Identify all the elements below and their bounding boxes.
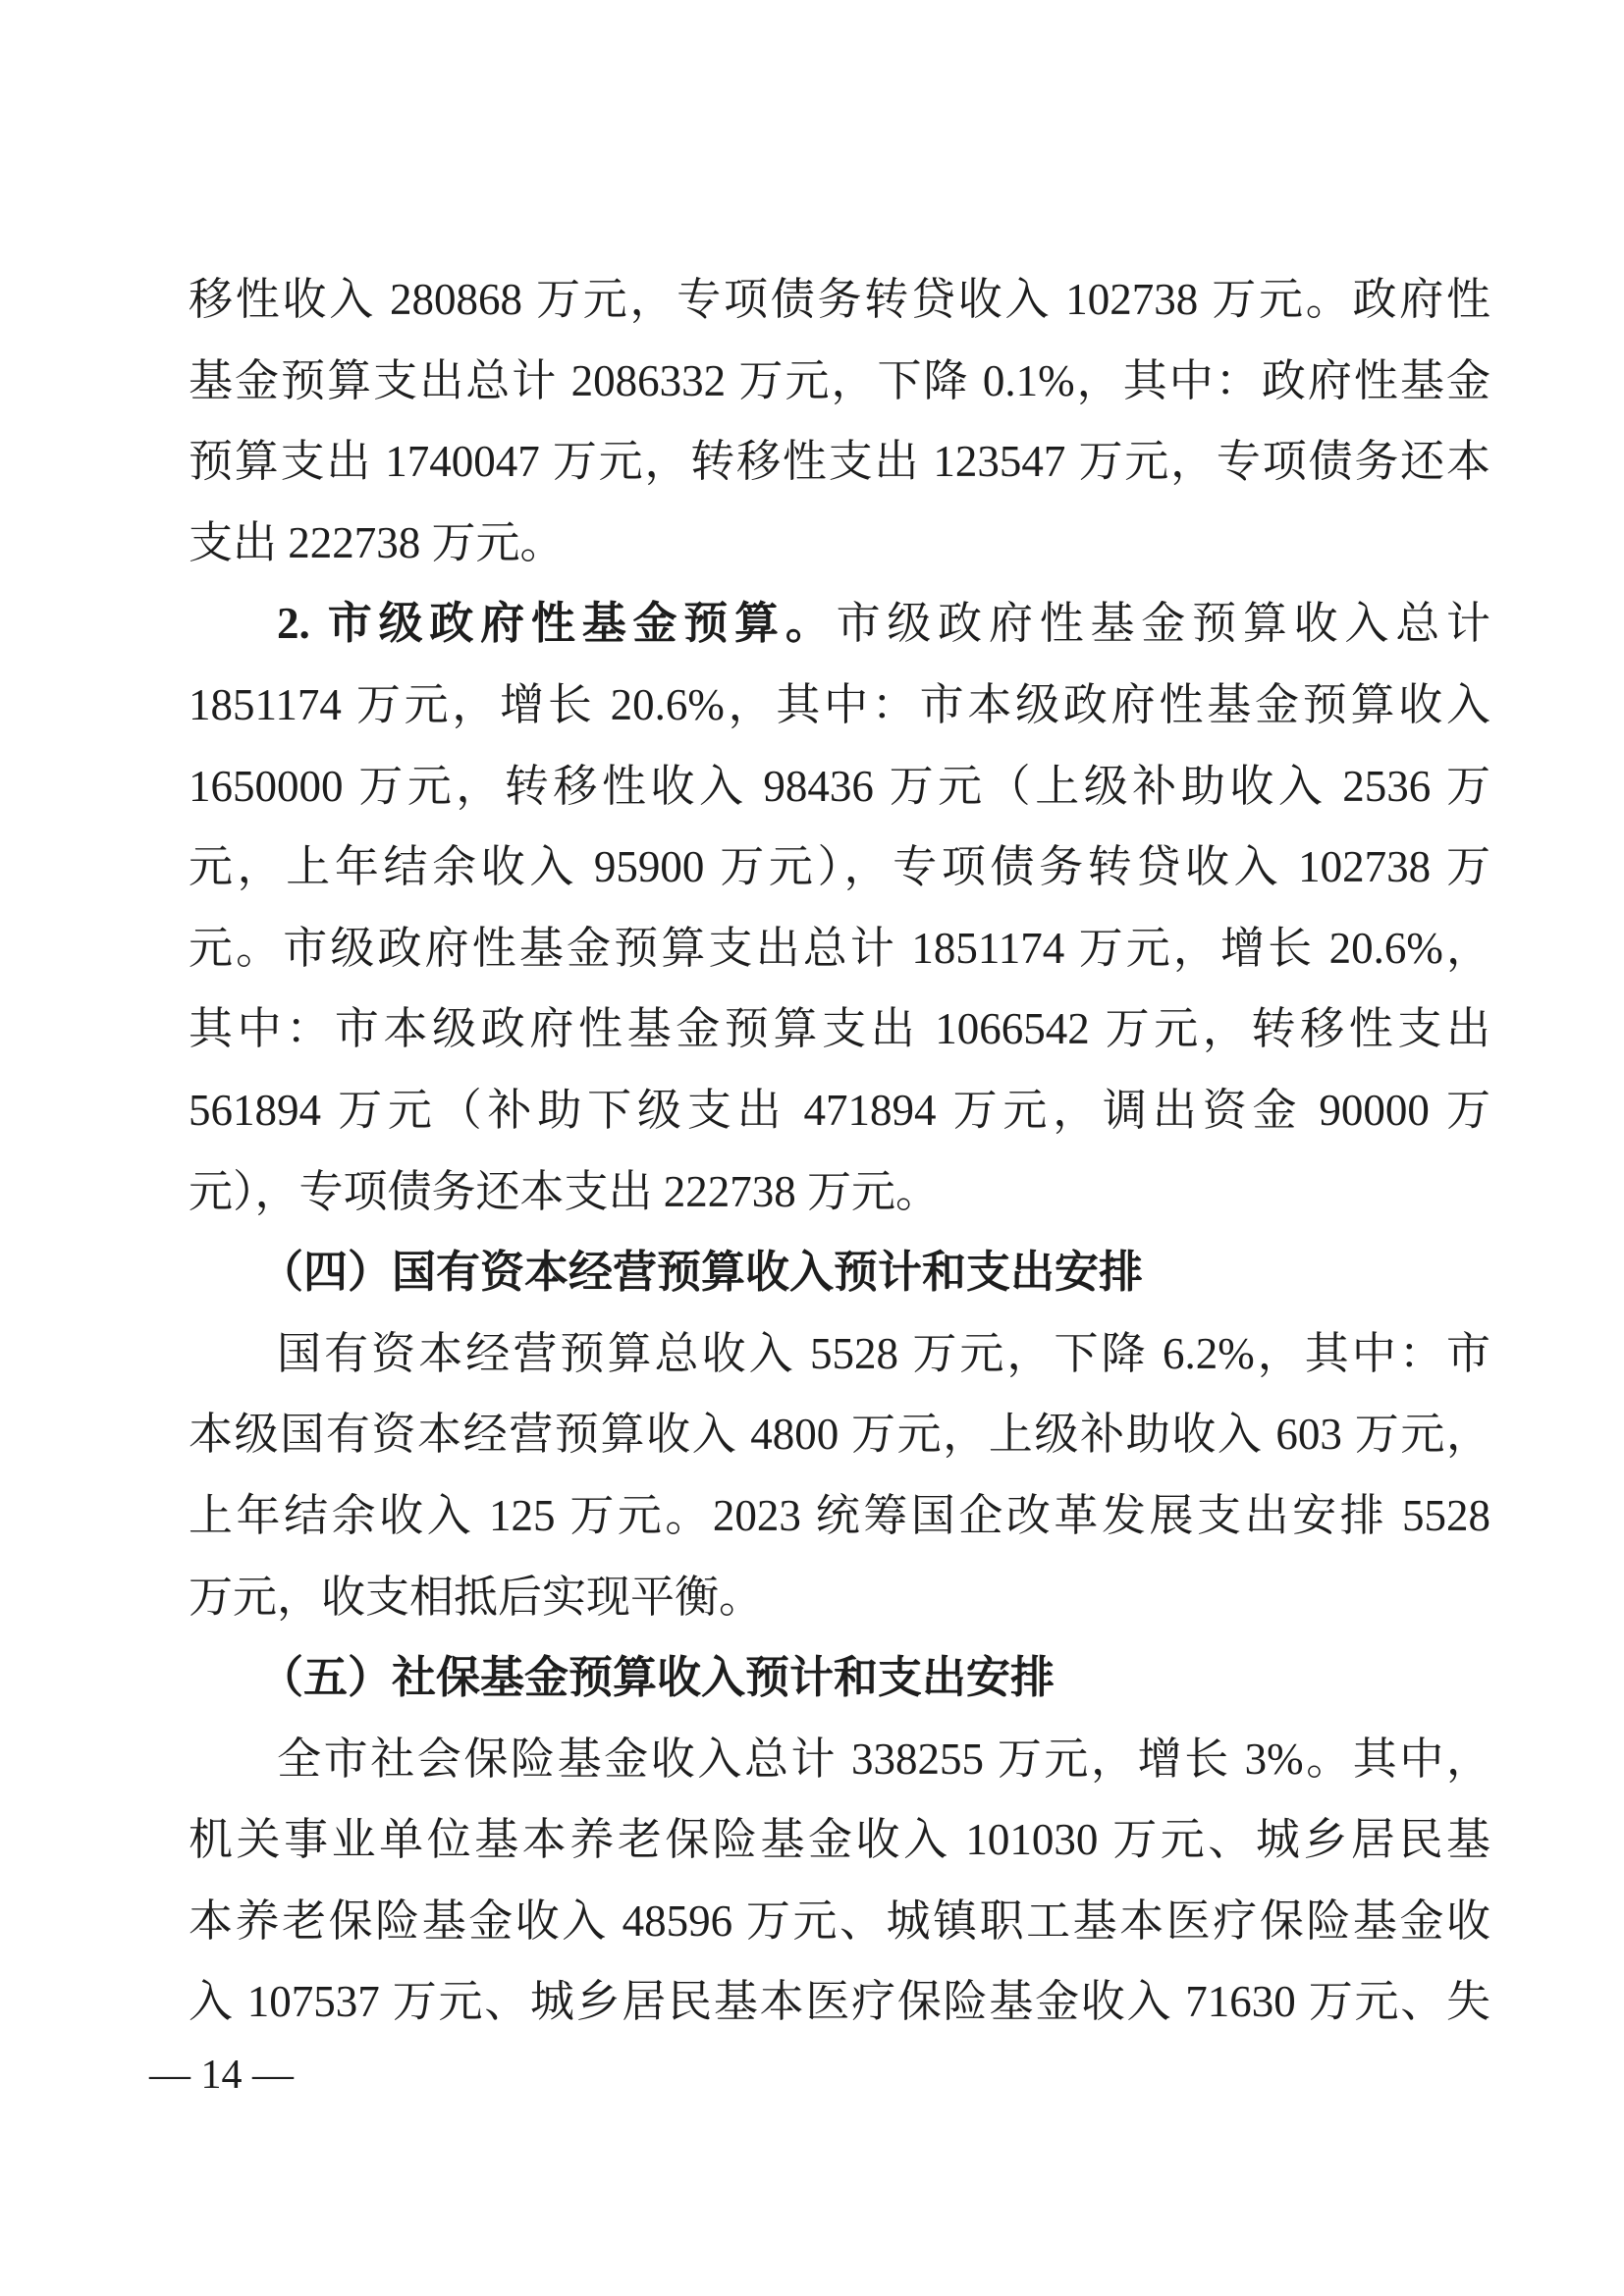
text-line: 预算支出 1740047 万元，转移性支出 123547 万元，专项债务还本	[189, 421, 1490, 503]
page-number: — 14 —	[149, 2052, 294, 2099]
section-heading: （五）社保基金预算收入预计和支出安排	[189, 1637, 1490, 1719]
text-line: 万元，收支相抵后实现平衡。	[189, 1557, 1490, 1638]
text-run: 561894 万元（补助下级支出 471894 万元，调出资金 90000 万	[189, 1086, 1490, 1135]
text-run: 移性收入 280868 万元，专项债务转贷收入 102738 万元。政府性	[189, 275, 1490, 324]
text-line: 本级国有资本经营预算收入 4800 万元，上级补助收入 603 万元，	[189, 1394, 1490, 1475]
text-run: （四）国有资本经营预算收入预计和支出安排	[259, 1248, 1143, 1297]
document-body: 移性收入 280868 万元，专项债务转贷收入 102738 万元。政府性基金预…	[189, 259, 1490, 2043]
text-line: 本养老保险基金收入 48596 万元、城镇职工基本医疗保险基金收	[189, 1881, 1490, 1962]
text-line: 上年结余收入 125 万元。2023 统筹国企改革发展支出安排 5528	[189, 1475, 1490, 1557]
text-run: 元。市级政府性基金预算支出总计 1851174 万元，增长 20.6%，	[189, 924, 1490, 973]
text-run: 机关事业单位基本养老保险基金收入 101030 万元、城乡居民基	[189, 1815, 1490, 1864]
text-line: 入 107537 万元、城乡居民基本医疗保险基金收入 71630 万元、失	[189, 1961, 1490, 2043]
text-run: 元，上年结余收入 95900 万元），专项债务转贷收入 102738 万	[189, 842, 1490, 891]
text-line: 元），专项债务还本支出 222738 万元。	[189, 1151, 1490, 1233]
text-line: 移性收入 280868 万元，专项债务转贷收入 102738 万元。政府性	[189, 259, 1490, 341]
section-heading: （四）国有资本经营预算收入预计和支出安排	[189, 1232, 1490, 1313]
text-run: 本级国有资本经营预算收入 4800 万元，上级补助收入 603 万元，	[189, 1410, 1490, 1459]
text-line: 1650000 万元，转移性收入 98436 万元（上级补助收入 2536 万	[189, 746, 1490, 828]
text-run: 入 107537 万元、城乡居民基本医疗保险基金收入 71630 万元、失	[189, 1977, 1490, 2026]
text-line: 支出 222738 万元。	[189, 503, 1490, 584]
text-run: 支出 222738 万元。	[189, 518, 565, 567]
text-line: 机关事业单位基本养老保险基金收入 101030 万元、城乡居民基	[189, 1799, 1490, 1881]
text-run: 市级政府性基金预算收入总计	[837, 599, 1490, 648]
text-line: 元。市级政府性基金预算支出总计 1851174 万元，增长 20.6%，	[189, 908, 1490, 989]
text-run: 预算支出 1740047 万元，转移性支出 123547 万元，专项债务还本	[189, 437, 1490, 486]
document-page: 移性收入 280868 万元，专项债务转贷收入 102738 万元。政府性基金预…	[0, 0, 1624, 2296]
text-run: 1650000 万元，转移性收入 98436 万元（上级补助收入 2536 万	[189, 762, 1490, 811]
text-line: 其中：市本级政府性基金预算支出 1066542 万元，转移性支出	[189, 988, 1490, 1070]
text-line: 基金预算支出总计 2086332 万元，下降 0.1%，其中：政府性基金	[189, 341, 1490, 422]
text-run: 1851174 万元，增长 20.6%，其中：市本级政府性基金预算收入	[189, 680, 1490, 729]
text-run: 基金预算支出总计 2086332 万元，下降 0.1%，其中：政府性基金	[189, 356, 1490, 405]
text-line: 国有资本经营预算总收入 5528 万元，下降 6.2%，其中：市	[189, 1313, 1490, 1395]
text-run: 元），专项债务还本支出 222738 万元。	[189, 1167, 940, 1216]
text-run: （五）社保基金预算收入预计和支出安排	[259, 1653, 1055, 1702]
text-run: 万元，收支相抵后实现平衡。	[189, 1573, 763, 1622]
text-run: 国有资本经营预算总收入 5528 万元，下降 6.2%，其中：市	[277, 1329, 1490, 1378]
text-run: 上年结余收入 125 万元。2023 统筹国企改革发展支出安排 5528	[189, 1491, 1490, 1540]
text-line: 元，上年结余收入 95900 万元），专项债务转贷收入 102738 万	[189, 827, 1490, 908]
text-run: 2. 市级政府性基金预算。	[277, 599, 837, 648]
text-run: 全市社会保险基金收入总计 338255 万元，增长 3%。其中，	[277, 1735, 1490, 1784]
text-line: 1851174 万元，增长 20.6%，其中：市本级政府性基金预算收入	[189, 665, 1490, 746]
text-line: 2. 市级政府性基金预算。市级政府性基金预算收入总计	[189, 583, 1490, 665]
text-run: 本养老保险基金收入 48596 万元、城镇职工基本医疗保险基金收	[189, 1896, 1490, 1946]
text-run: 其中：市本级政府性基金预算支出 1066542 万元，转移性支出	[189, 1004, 1490, 1053]
text-line: 全市社会保险基金收入总计 338255 万元，增长 3%。其中，	[189, 1719, 1490, 1800]
text-line: 561894 万元（补助下级支出 471894 万元，调出资金 90000 万	[189, 1070, 1490, 1151]
